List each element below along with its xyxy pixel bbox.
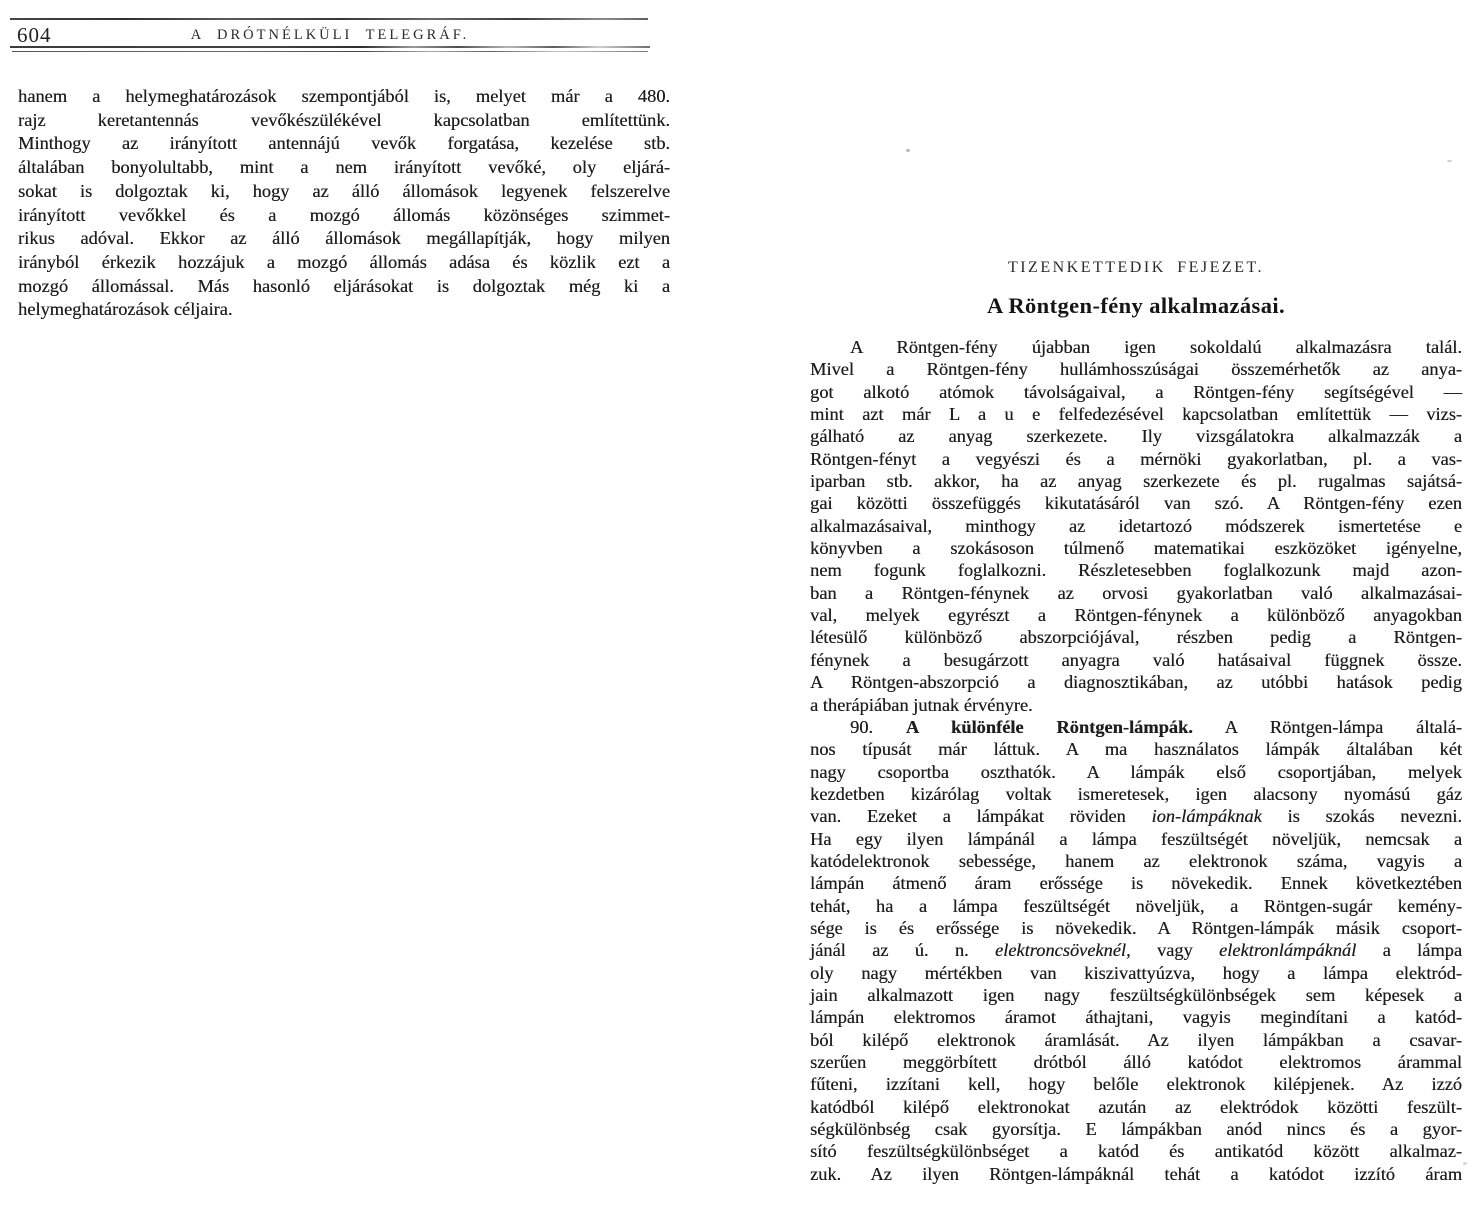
text-line: sító feszültségkülönbséget a katód és an… [810,1140,1462,1162]
text-segment: létesülő különböző abszorpciójával, rész… [810,627,1462,647]
text-segment: jain alkalmazott igen nagy feszültségkül… [810,985,1462,1005]
text-line: könyvben a szokásoson túlmenő matematika… [810,537,1462,559]
chapter-title: A Röntgen-fény alkalmazásai. [810,292,1462,320]
text-line: mozgó állomással. Más hasonló eljárásoka… [18,275,670,299]
text-line: rajz keretantennás vevőkészülékével kapc… [18,109,670,133]
text-segment: sító feszültségkülönbséget a katód és an… [810,1141,1462,1161]
text-segment: Röntgen-fényt a vegyészi és a mérnöki gy… [810,449,1462,469]
text-segment: Mivel a Röntgen-fény hullámhosszúságai ö… [810,359,1462,379]
text-line: jánál az ú. n. elektroncsöveknél, vagy e… [810,939,1462,961]
text-line: Mivel a Röntgen-fény hullámhosszúságai ö… [810,358,1462,380]
text-segment: fénynek a besugárzott anyagra való hatás… [810,650,1462,670]
text-segment: elektroncsöveknél, [995,940,1131,960]
text-segment: ban a Röntgen-fénynek az orvosi gyakorla… [810,583,1462,603]
text-segment: mint azt már L a u e felfedezésével kapc… [810,404,1462,424]
header-rule-double-upper [10,46,650,48]
text-segment: rajz keretantennás vevőkészülékével kapc… [18,110,670,130]
text-line: Ha egy ilyen lámpánál a lámpa feszültség… [810,828,1462,850]
text-line: sokat is dolgoztak ki, hogy az álló állo… [18,180,670,204]
text-line: 90. A különféle Röntgen-lámpák. A Röntge… [810,716,1462,738]
text-segment: mozgó állomással. Más hasonló eljárásoka… [18,276,670,296]
body-paragraph: A Röntgen-fény újabban igen sokoldalú al… [810,336,1462,716]
text-segment: A Röntgen-fény újabban igen sokoldalú al… [850,337,1462,357]
text-segment: val, melyek egyrészt a Röntgen-fénynek a… [810,605,1462,625]
text-line: iparban stb. akkor, ha az anyag szerkeze… [810,470,1462,492]
text-line: helymeghatározások céljaira. [18,298,670,322]
text-segment: a lámpa [1356,940,1462,960]
text-line: lámpán elektromos áramot áthajtani, vagy… [810,1006,1462,1028]
text-segment: lámpán elektromos áramot áthajtani, vagy… [810,1007,1462,1027]
text-segment: ból kilépő elektronok áramlását. Az ilye… [810,1030,1462,1050]
text-segment: ion-lámpáknak [1151,806,1261,826]
text-line: a therápiában jutnak érvényre. [810,694,1462,716]
right-page-column: TIZENKETTEDIK FEJEZET. A Röntgen-fény al… [810,258,1462,1185]
text-line: van. Ezeket a lámpákat röviden ion-lámpá… [810,805,1462,827]
running-title: A DRÓTNÉLKÜLI TELEGRÁF. [10,27,650,44]
text-segment: helymeghatározások céljaira. [18,299,232,319]
text-line: irányból érkezik hozzájuk a mozgó állomá… [18,251,670,275]
text-segment: van. Ezeket a lámpákat röviden [810,806,1151,826]
text-line: ségkülönbség csak gyorsítja. E lámpákban… [810,1118,1462,1140]
text-segment: nos típusát már láttuk. A ma használatos… [810,739,1462,759]
text-segment: nem fogunk foglalkozni. Részletesebben f… [810,560,1462,580]
text-segment: oly nagy mértékben van kiszivattyúzva, h… [810,963,1462,983]
text-segment: kezdetben kizárólag voltak ismeretesek, … [810,784,1462,804]
text-line: fénynek a besugárzott anyagra való hatás… [810,649,1462,671]
text-segment: gálható az anyag szerkezete. Ily vizsgál… [810,426,1462,446]
text-segment: irányított vevőkkel és a mozgó állomás k… [18,205,670,225]
text-segment: sokat is dolgoztak ki, hogy az álló állo… [18,181,670,201]
text-segment: szerűen meggörbített drótból álló katódo… [810,1052,1462,1072]
text-line: lámpán átmenő áram erőssége is növekedik… [810,872,1462,894]
scan-speck [906,149,910,152]
text-line: jain alkalmazott igen nagy feszültségkül… [810,984,1462,1006]
text-segment: got alkotó atómok távolságaival, a Röntg… [810,382,1462,402]
text-segment: vagy [1131,940,1219,960]
text-line: oly nagy mértékben van kiszivattyúzva, h… [810,962,1462,984]
text-segment: könyvben a szokásoson túlmenő matematika… [810,538,1462,558]
text-line: katódból kilépő elektronokat azután az e… [810,1096,1462,1118]
text-segment: A különféle Röntgen-lámpák. [906,717,1193,737]
text-line: tehát, ha a lámpa feszültségét növeljük,… [810,895,1462,917]
text-segment: nagy csoportba oszthatók. A lámpák első … [810,762,1462,782]
text-line: A Röntgen-fény újabban igen sokoldalú al… [810,336,1462,358]
text-line: A Röntgen-abszorpció a diagnosztikában, … [810,671,1462,693]
text-segment: lámpán átmenő áram erőssége is növekedik… [810,873,1462,893]
text-segment: elektronlámpáknál [1219,940,1356,960]
text-segment: tehát, ha a lámpa feszültségét növeljük,… [810,896,1462,916]
text-line: általában bonyolultabb, mint a nem irány… [18,156,670,180]
left-page-column: hanem a helymeghatározások szempontjából… [18,85,670,322]
text-line: fűteni, izzítani kell, hogy belőle elekt… [810,1073,1462,1095]
text-line: hanem a helymeghatározások szempontjából… [18,85,670,109]
text-segment: jánál az ú. n. [810,940,995,960]
text-segment: iparban stb. akkor, ha az anyag szerkeze… [810,471,1462,491]
text-line: kezdetben kizárólag voltak ismeretesek, … [810,783,1462,805]
text-segment: zuk. Az ilyen Röntgen-lámpáknál tehát a … [810,1164,1462,1184]
text-segment: hanem a helymeghatározások szempontjából… [18,86,670,106]
text-segment: fűteni, izzítani kell, hogy belőle elekt… [810,1074,1462,1094]
text-segment: katódelektronok sebessége, hanem az elek… [810,851,1462,871]
text-segment: rikus adóval. Ekkor az álló állomások me… [18,228,670,248]
text-line: irányított vevőkkel és a mozgó állomás k… [18,204,670,228]
text-line: alkalmazásaival, minthogy az idetartozó … [810,515,1462,537]
text-line: nagy csoportba oszthatók. A lámpák első … [810,761,1462,783]
right-page-body: A Röntgen-fény újabban igen sokoldalú al… [810,336,1462,1185]
text-line: gai közötti összefüggés kikutatásáról va… [810,492,1462,514]
header-rule-top [10,18,648,20]
text-line: got alkotó atómok távolságaival, a Röntg… [810,381,1462,403]
text-segment: A Röntgen-abszorpció a diagnosztikában, … [810,672,1462,692]
scan-speck [1463,1162,1467,1165]
text-segment: irányból érkezik hozzájuk a mozgó állomá… [18,252,670,272]
text-segment: gai közötti összefüggés kikutatásáról va… [810,493,1462,513]
text-segment: Minthogy az irányított antennájú vevők f… [18,133,670,153]
text-line: Röntgen-fényt a vegyészi és a mérnöki gy… [810,448,1462,470]
text-segment: alkalmazásaival, minthogy az idetartozó … [810,516,1462,536]
text-line: nem fogunk foglalkozni. Részletesebben f… [810,559,1462,581]
text-segment: A Röntgen-lámpa általá- [1193,717,1462,737]
text-line: zuk. Az ilyen Röntgen-lámpáknál tehát a … [810,1163,1462,1185]
text-segment: 90. [850,717,906,737]
scanned-book-spread: 604 A DRÓTNÉLKÜLI TELEGRÁF. hanem a hely… [0,0,1473,1208]
text-line: szerűen meggörbített drótból álló katódo… [810,1051,1462,1073]
text-segment: is szokás nevezni. [1262,806,1462,826]
text-segment: ségkülönbség csak gyorsítja. E lámpákban… [810,1119,1462,1139]
text-line: sége is és erőssége is növekedik. A Rönt… [810,917,1462,939]
body-paragraph: 90. A különféle Röntgen-lámpák. A Röntge… [810,716,1462,1185]
header-rule-double-lower [12,51,648,52]
text-line: rikus adóval. Ekkor az álló állomások me… [18,227,670,251]
text-line: katódelektronok sebessége, hanem az elek… [810,850,1462,872]
text-line: nos típusát már láttuk. A ma használatos… [810,738,1462,760]
text-line: ból kilépő elektronok áramlását. Az ilye… [810,1029,1462,1051]
scan-speck [1447,160,1452,162]
text-segment: a therápiában jutnak érvényre. [810,695,1033,715]
text-line: val, melyek egyrészt a Röntgen-fénynek a… [810,604,1462,626]
left-paragraph: hanem a helymeghatározások szempontjából… [18,85,670,322]
text-line: mint azt már L a u e felfedezésével kapc… [810,403,1462,425]
text-segment: katódból kilépő elektronokat azután az e… [810,1097,1462,1117]
text-line: Minthogy az irányított antennájú vevők f… [18,132,670,156]
text-line: létesülő különböző abszorpciójával, rész… [810,626,1462,648]
chapter-heading: TIZENKETTEDIK FEJEZET. [810,258,1462,278]
text-line: ban a Röntgen-fénynek az orvosi gyakorla… [810,582,1462,604]
text-line: gálható az anyag szerkezete. Ily vizsgál… [810,425,1462,447]
text-segment: sége is és erőssége is növekedik. A Rönt… [810,918,1462,938]
text-segment: Ha egy ilyen lámpánál a lámpa feszültség… [810,829,1462,849]
text-segment: általában bonyolultabb, mint a nem irány… [18,157,670,177]
